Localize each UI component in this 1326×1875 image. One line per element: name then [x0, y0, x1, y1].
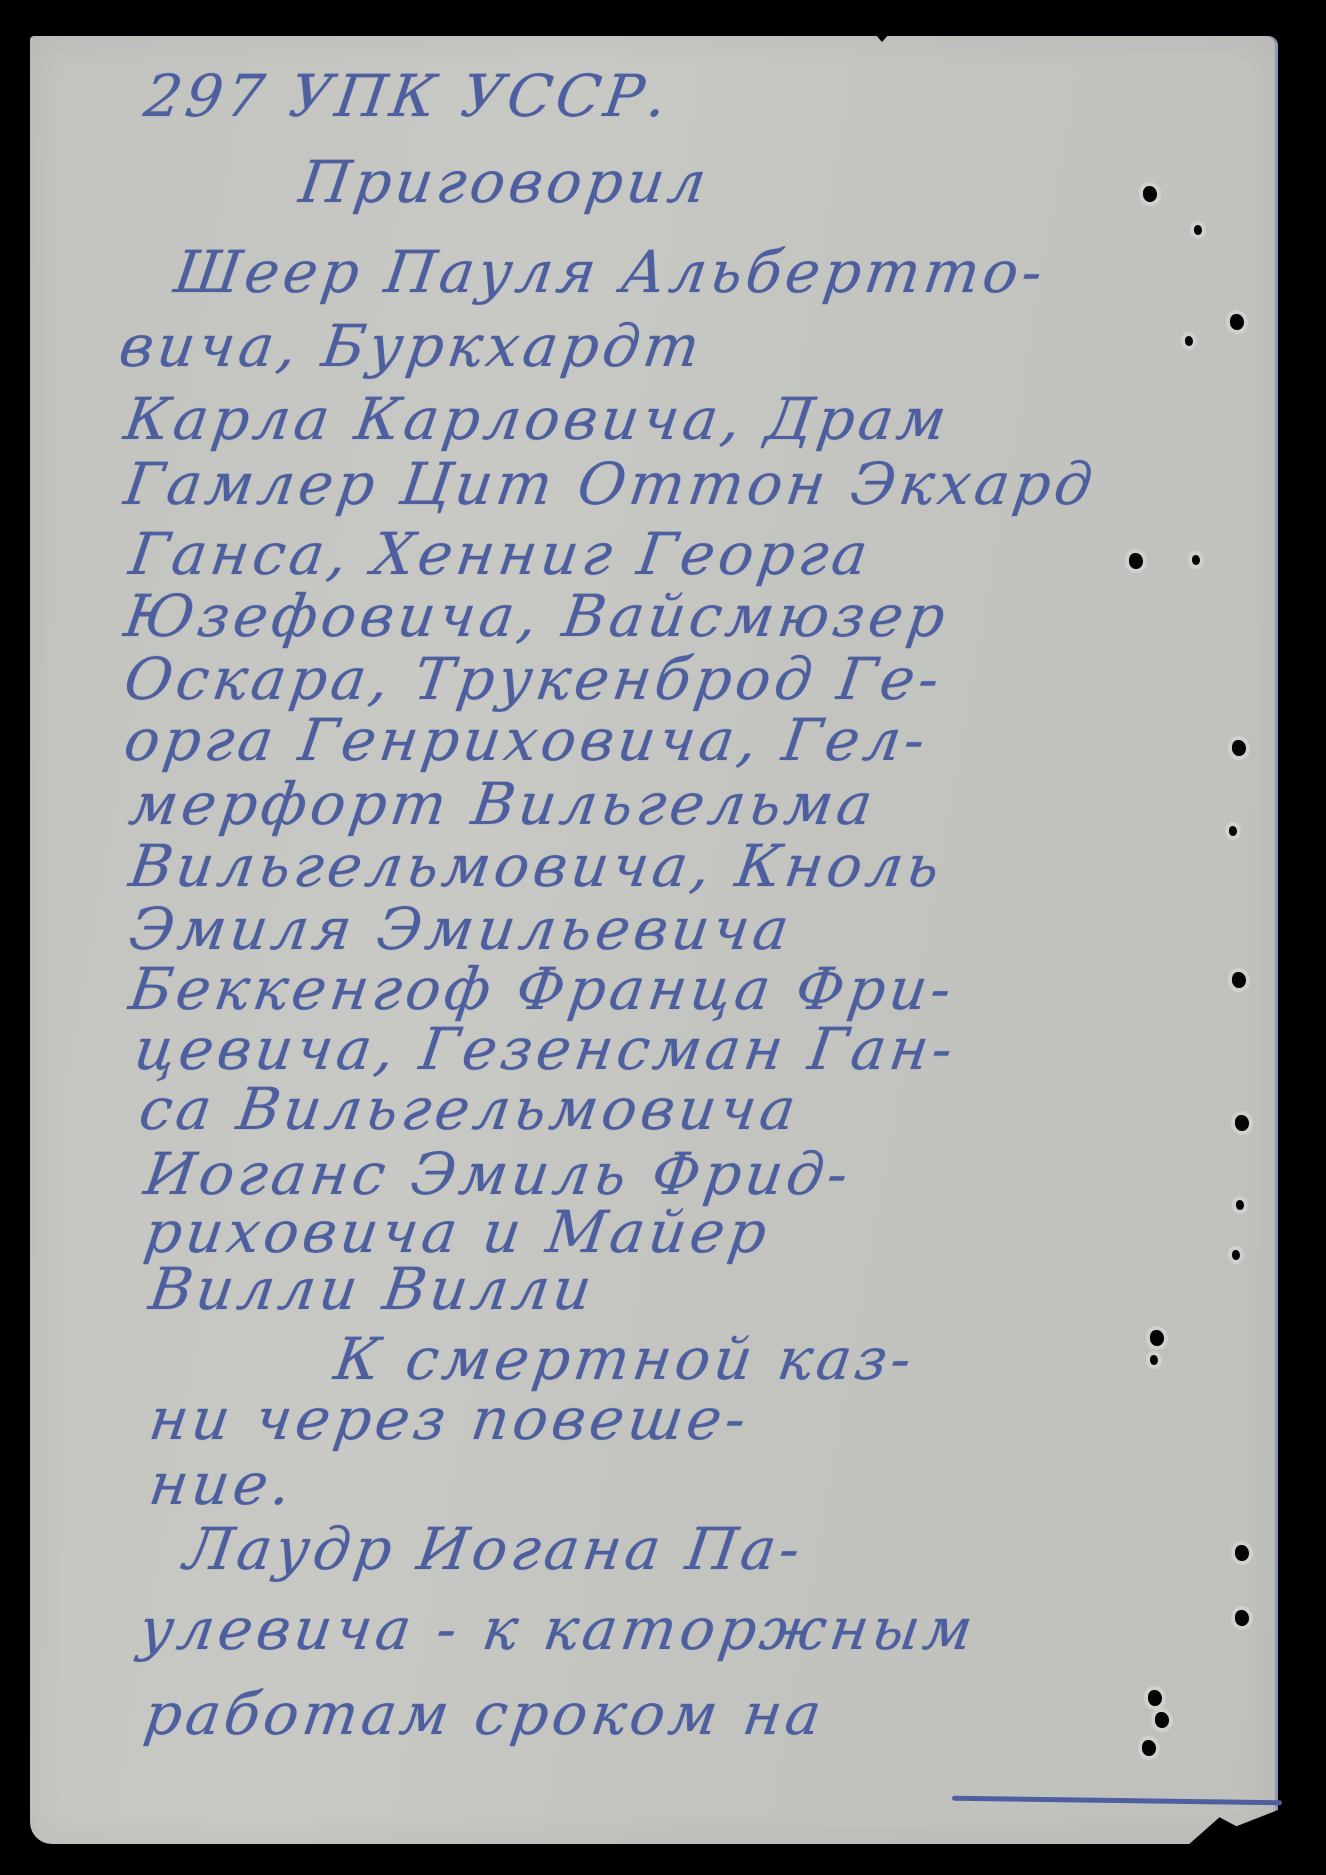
handwritten-line: Вилли Вилли [145, 1255, 599, 1323]
punch-hole [1232, 972, 1246, 988]
handwritten-line: Ганса, Хенниг Георга [125, 520, 875, 588]
handwritten-line: Приговорил [295, 148, 714, 216]
punch-hole [1194, 225, 1202, 235]
handwritten-line: ни через повеше- [145, 1385, 754, 1453]
handwritten-line: Шеер Пауля Альбертто- [170, 238, 1050, 306]
punch-hole [1235, 1610, 1249, 1626]
handwritten-line: Эмиля Эмильевича [125, 895, 797, 963]
punch-hole [1232, 1250, 1240, 1260]
handwritten-line: 297 УПК УССР. [140, 62, 675, 130]
handwritten-line: цевича, Гезенсман Ган- [130, 1015, 960, 1083]
punch-hole [1129, 553, 1143, 569]
punch-hole [1143, 186, 1157, 202]
punch-hole [1235, 1115, 1249, 1131]
handwritten-line: Беккенгоф Франца Фри- [125, 955, 959, 1023]
handwritten-line: Лаудр Иогана Па- [180, 1515, 808, 1583]
punch-hole [1236, 1200, 1244, 1210]
handwritten-line: Карла Карловича, Драм [120, 385, 954, 453]
punch-hole [1148, 1690, 1162, 1706]
handwritten-line: Оскара, Трукенброд Ге- [120, 645, 947, 713]
handwritten-line: Гамлер Цит Оттон Экхард [120, 450, 1100, 518]
handwritten-line: работам сроком на [140, 1680, 829, 1748]
handwritten-line: вича, Буркхардт [115, 312, 707, 380]
handwritten-line: Юзефовича, Вайсмюзер [120, 582, 953, 650]
handwritten-line: К смертной каз- [330, 1325, 919, 1393]
punch-hole [1150, 1355, 1158, 1365]
handwritten-line: улевича - к каторжным [135, 1595, 980, 1663]
punch-hole [1142, 1740, 1156, 1756]
punch-hole [1192, 555, 1200, 565]
handwritten-line: Вильгельмовича, Кноль [125, 832, 947, 900]
handwritten-line: мерфорт Вильгельма [125, 770, 880, 838]
page-notch [875, 34, 889, 42]
handwritten-line: са Вильгельмовича [135, 1075, 803, 1143]
torn-corner [1148, 1810, 1278, 1846]
document-page: 297 УПК УССР.ПриговорилШеер Пауля Альбер… [30, 36, 1278, 1844]
punch-hole [1230, 314, 1244, 330]
handwritten-line: орга Генриховича, Гел- [120, 706, 933, 774]
punch-hole [1185, 336, 1193, 346]
punch-hole [1235, 1545, 1249, 1561]
punch-hole [1232, 740, 1246, 756]
ink-underline [952, 1796, 1282, 1806]
punch-hole [1155, 1712, 1169, 1728]
punch-hole [1229, 826, 1237, 836]
punch-hole [1150, 1330, 1164, 1346]
handwritten-line: ние. [145, 1450, 299, 1518]
